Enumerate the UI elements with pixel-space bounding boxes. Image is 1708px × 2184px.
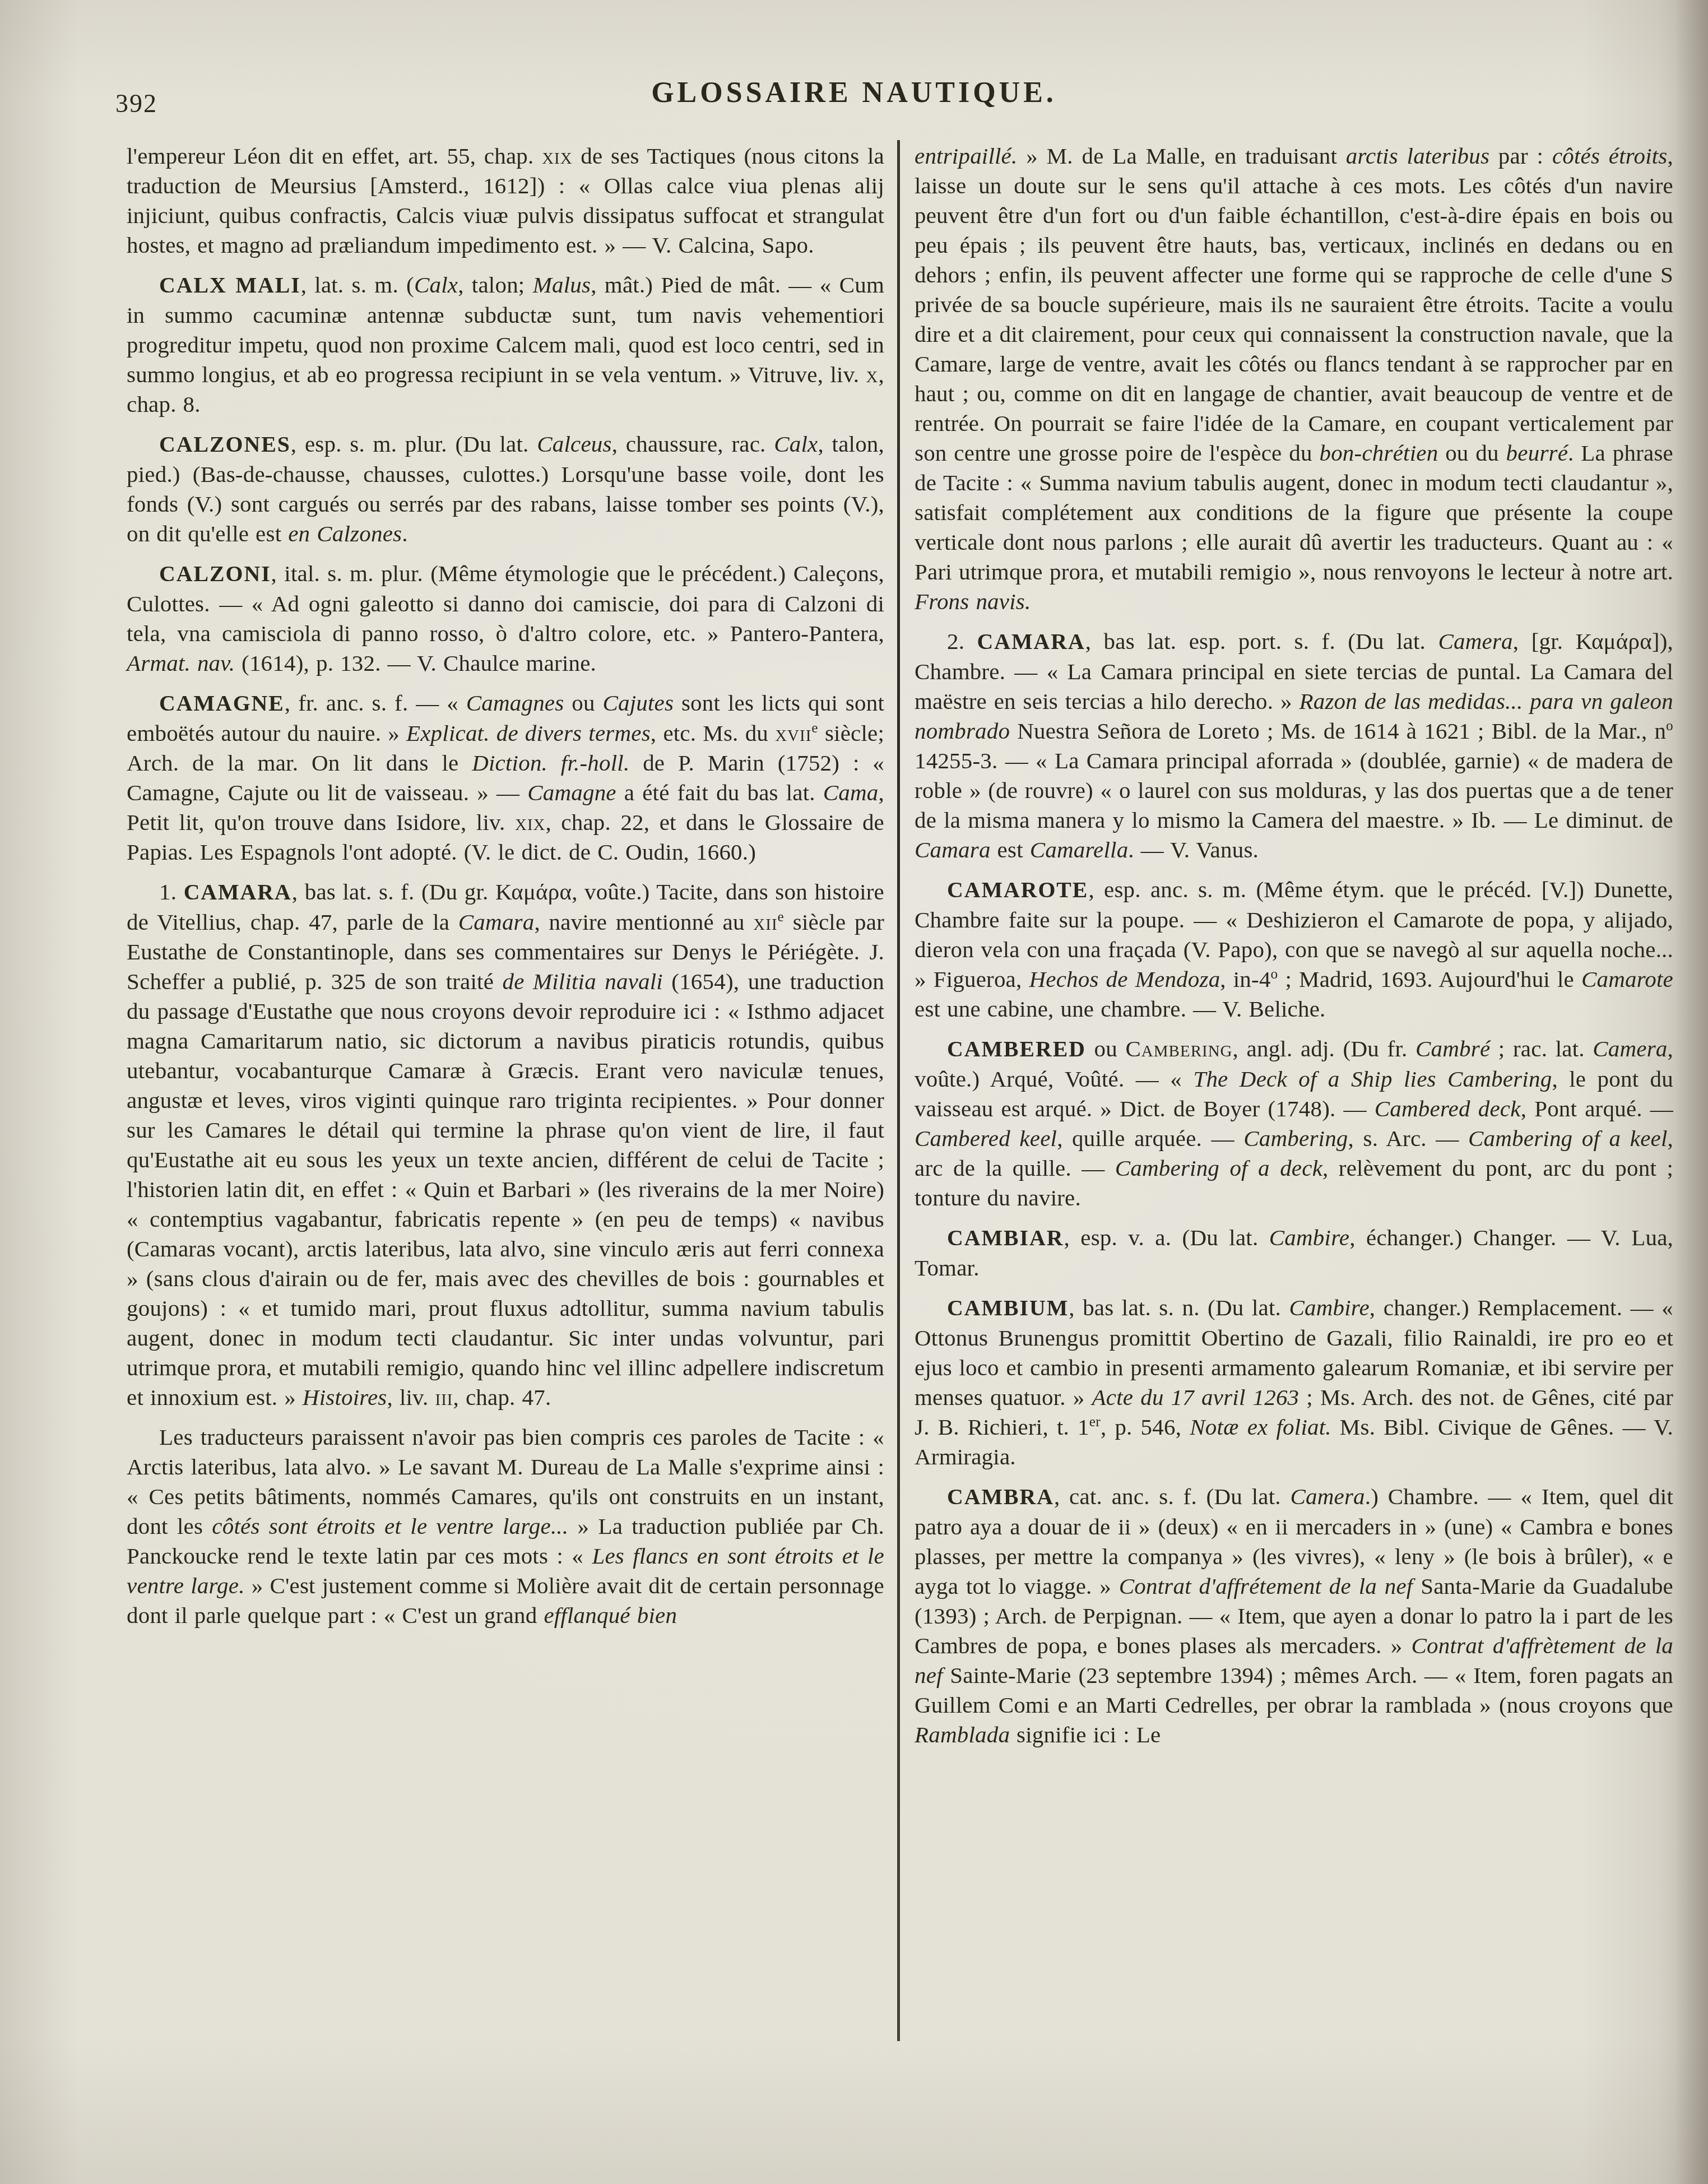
italic-run: côtés étroits (1552, 143, 1668, 169)
entry-calzoni: CALZONI, ital. s. m. plur. (Même étymolo… (127, 559, 884, 678)
text-run: , s. Arc. — (1348, 1125, 1468, 1151)
smallcaps-run: Cambering (1126, 1036, 1233, 1061)
text-run: , etc. Ms. du (651, 720, 775, 746)
headword: CAMAROTE (947, 878, 1088, 902)
left-column: l'empereur Léon dit en effet, art. 55, c… (127, 141, 884, 1630)
text-run: ou du (1438, 440, 1506, 466)
smallcaps-run: xix (515, 809, 546, 835)
italic-run: de Militia navali (502, 968, 663, 994)
italic-run: Contrat d'affrétement de la nef (1119, 1573, 1413, 1599)
entry-cambra: CAMBRA, cat. anc. s. f. (Du lat. Camera.… (915, 1482, 1673, 1750)
italic-run: Ramblada (915, 1722, 1010, 1747)
italic-run: Cajutes (602, 690, 674, 716)
italic-run: Calceus (537, 431, 612, 457)
italic-run: Calx (414, 272, 458, 298)
text-run: 2. (947, 628, 977, 654)
text-run: , lat. s. m. ( (301, 272, 414, 298)
entry-cambiar: CAMBIAR, esp. v. a. (Du lat. Cambire, éc… (915, 1223, 1673, 1283)
superscript-run: e (811, 720, 818, 736)
text-run: , cat. anc. s. f. (Du lat. (1054, 1483, 1291, 1509)
text-run: (1614), p. 132. — V. Chaulce marine. (235, 650, 596, 676)
entry-camara-1-traducteurs: Les traducteurs paraissent n'avoir pas b… (127, 1422, 884, 1630)
entry-camara-2: 2. CAMARA, bas lat. esp. port. s. f. (Du… (915, 627, 1673, 865)
italic-run: Histoires (303, 1384, 387, 1410)
text-run: 14255-3. — « La Camara principal aforrad… (915, 748, 1673, 833)
text-run: , Pont arqué. — (1521, 1096, 1673, 1121)
italic-run: Camagne (527, 780, 616, 805)
text-run: 1. (159, 879, 184, 905)
italic-run: Hechos de Mendoza (1029, 966, 1220, 992)
headword: CAMBERED (947, 1037, 1086, 1061)
italic-run: Diction. fr.-holl. (472, 750, 629, 776)
text-run: par : (1489, 143, 1552, 169)
text-run: , angl. adj. (Du fr. (1233, 1036, 1415, 1061)
italic-run: Cambered keel (915, 1125, 1057, 1151)
italic-run: Cambered deck (1375, 1096, 1521, 1121)
italic-run: Cambering of a keel (1468, 1125, 1668, 1151)
headword: CALX MALI (159, 273, 301, 298)
italic-run: Camara (458, 909, 535, 935)
right-column: entripaillé. » M. de La Malle, en tradui… (915, 141, 1673, 1750)
smallcaps-run: x (866, 361, 879, 387)
text-run: , bas lat. s. n. (Du lat. (1069, 1295, 1289, 1320)
text-run: ; Madrid, 1693. Aujourd'hui le (1278, 966, 1581, 992)
text-run: » M. de La Malle, en traduisant (1017, 143, 1345, 169)
italic-run: efflanqué bien (544, 1602, 677, 1628)
scanned-book-page: 392 GLOSSAIRE NAUTIQUE. l'empereur Léon … (0, 0, 1708, 2184)
entry-cambium: CAMBIUM, bas lat. s. n. (Du lat. Cambire… (915, 1293, 1673, 1472)
text-run: est (991, 837, 1030, 863)
text-run: . (402, 521, 407, 546)
entry-calx-continuation: l'empereur Léon dit en effet, art. 55, c… (127, 141, 884, 260)
smallcaps-run: iii (435, 1384, 453, 1410)
italic-run: côtés sont étroits et le ventre large... (212, 1513, 568, 1539)
running-header: GLOSSAIRE NAUTIQUE. (0, 76, 1708, 109)
italic-run: Camara (915, 837, 991, 863)
headword: CAMBIAR (947, 1226, 1064, 1250)
italic-run: Explicat. de divers termes (406, 720, 651, 746)
italic-run: beurré (1506, 440, 1568, 466)
headword: CALZONES (159, 432, 291, 457)
italic-run: Camagnes (466, 690, 564, 716)
italic-run: The Deck of a Ship lies Cambering (1193, 1066, 1552, 1092)
headword: CAMBIUM (947, 1296, 1069, 1320)
italic-run: Camarella (1030, 837, 1129, 863)
italic-run: entripaillé. (915, 143, 1017, 169)
text-run: ou (564, 690, 602, 716)
superscript-run: o (1271, 966, 1278, 982)
entry-camagne: CAMAGNE, fr. anc. s. f. — « Camagnes ou … (127, 688, 884, 867)
text-run: est une cabine, une chambre. — V. Belich… (915, 996, 1326, 1022)
headword: CAMARA (977, 629, 1085, 654)
column-divider-rule (897, 140, 900, 2041)
superscript-run: e (778, 909, 784, 925)
italic-run: Armat. nav. (127, 650, 235, 676)
text-run: Nuestra Señora de Loreto ; Ms. de 1614 à… (1010, 718, 1666, 744)
italic-run: Camarote (1581, 966, 1673, 992)
entry-calzones: CALZONES, esp. s. m. plur. (Du lat. Calc… (127, 429, 884, 549)
text-run: signifie ici : Le (1010, 1722, 1161, 1747)
italic-run: Calx (774, 431, 818, 457)
superscript-run: er (1089, 1414, 1101, 1430)
headword: CAMAGNE (159, 691, 285, 716)
headword: CAMARA (184, 880, 292, 905)
text-run: . — V. Vanus. (1128, 837, 1259, 863)
text-run: ou (1086, 1036, 1126, 1061)
italic-run: Camera (1593, 1036, 1667, 1061)
smallcaps-run: xvii (775, 720, 811, 746)
italic-run: bon-chrétien (1319, 440, 1438, 466)
italic-run: Cambire (1269, 1225, 1349, 1250)
text-run: , quille arquée. — (1057, 1125, 1243, 1151)
italic-run: Camera (1438, 628, 1512, 654)
entry-cambered: CAMBERED ou Cambering, angl. adj. (Du fr… (915, 1034, 1673, 1213)
smallcaps-run: xii (753, 909, 777, 935)
italic-run: Cambire (1289, 1295, 1369, 1320)
entry-camara-1: 1. CAMARA, bas lat. s. f. (Du gr. Καμάρα… (127, 877, 884, 1412)
smallcaps-run: xix (542, 143, 573, 169)
text-run: a été fait du bas lat. (616, 780, 823, 805)
text-run: , laisse un doute sur le sens qu'il atta… (915, 143, 1673, 466)
text-run: , chap. 47. (453, 1384, 551, 1410)
italic-run: Cama (823, 780, 879, 805)
entry-calx-mali: CALX MALI, lat. s. m. (Calx, talon; Malu… (127, 270, 884, 419)
text-run: Sainte-Marie (23 septembre 1394) ; mêmes… (915, 1662, 1673, 1718)
text-run: , talon; (458, 272, 532, 298)
headword: CAMBRA (947, 1485, 1054, 1509)
entry-camara-1-suite: entripaillé. » M. de La Malle, en tradui… (915, 141, 1673, 616)
text-run: , esp. s. m. plur. (Du lat. (291, 431, 537, 457)
headword: CALZONI (159, 562, 271, 586)
page-gutter-shadow (1674, 0, 1708, 2184)
entry-camarote: CAMAROTE, esp. anc. s. m. (Même étym. qu… (915, 875, 1673, 1024)
text-run: , p. 546, (1101, 1414, 1190, 1440)
text-run: l'empereur Léon dit en effet, art. 55, c… (127, 143, 542, 169)
italic-run: Malus (533, 272, 591, 298)
italic-run: Acte du 17 avril 1263 (1092, 1384, 1299, 1410)
text-run: , liv. (387, 1384, 435, 1410)
text-run: (1654), une traduction du passage d'Eust… (127, 968, 884, 1410)
italic-run: en Calzones (288, 521, 402, 546)
text-run: , in-4 (1220, 966, 1270, 992)
text-run: , esp. v. a. (Du lat. (1064, 1225, 1269, 1250)
italic-run: Cambering of a deck (1115, 1155, 1322, 1181)
italic-run: Frons navis. (915, 588, 1031, 614)
text-run: ; rac. lat. (1490, 1036, 1593, 1061)
italic-run: Notæ ex foliat. (1190, 1414, 1331, 1440)
text-run: , bas lat. esp. port. s. f. (Du lat. (1085, 628, 1438, 654)
italic-run: Cambering (1243, 1125, 1348, 1151)
superscript-run: o (1666, 718, 1673, 734)
italic-run: Camera (1290, 1483, 1364, 1509)
text-run: , fr. anc. s. f. — « (285, 690, 466, 716)
text-run: , navire mentionné au (534, 909, 753, 935)
italic-run: arctis lateribus (1346, 143, 1489, 169)
text-run: , chaussure, rac. (612, 431, 774, 457)
italic-run: Cambré (1415, 1036, 1490, 1061)
